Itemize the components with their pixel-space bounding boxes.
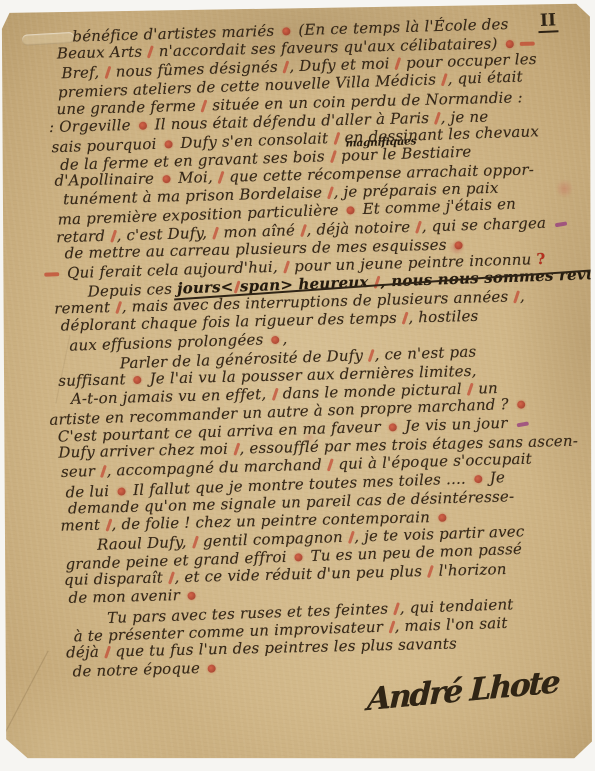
- red-slash-mark: [333, 132, 339, 145]
- red-slash-mark: [104, 66, 110, 79]
- red-dot-mark: [162, 175, 170, 183]
- red-slash-mark: [147, 45, 154, 58]
- red-slash-mark: [234, 280, 240, 293]
- manuscript-paper: II bénéfice d'artistes mariés (En ce tem…: [0, 1, 595, 763]
- red-dot-mark: [505, 40, 513, 48]
- red-dot-mark: [295, 553, 303, 561]
- red-slash-mark: [388, 620, 394, 633]
- red-slash-mark: [218, 171, 225, 184]
- red-dot-mark: [134, 376, 142, 384]
- manuscript-text: bénéfice d'artistes mariés (En ce temps …: [46, 13, 585, 681]
- red-slash-mark: [283, 61, 289, 74]
- red-slash-mark: [513, 290, 519, 303]
- manuscript-line-text: de notre époque: [72, 658, 219, 680]
- red-dot-mark: [389, 423, 397, 431]
- red-slash-mark: [115, 301, 121, 314]
- red-dash-mark: [44, 272, 59, 276]
- interlinear-insertion: magnifiques: [345, 136, 416, 149]
- red-dot-mark: [438, 514, 446, 522]
- red-slash-mark: [201, 99, 207, 112]
- red-slash-mark: [434, 111, 441, 124]
- red-dot-mark: [282, 27, 290, 35]
- red-dash-mark: [519, 42, 534, 46]
- red-slash-mark: [105, 518, 112, 531]
- red-slash-mark: [300, 223, 306, 236]
- red-dot-mark: [517, 400, 525, 408]
- red-dot-mark: [347, 207, 355, 215]
- red-slash-mark: [104, 645, 111, 658]
- red-slash-mark: [212, 226, 218, 239]
- red-slash-mark: [192, 536, 198, 549]
- red-slash-mark: [283, 260, 289, 273]
- red-question-mark: ?: [536, 250, 546, 268]
- red-slash-mark: [395, 57, 401, 70]
- red-slash-mark: [402, 312, 409, 325]
- signature: André Lhote: [366, 667, 559, 716]
- red-dot-mark: [455, 241, 463, 249]
- red-slash-mark: [327, 459, 333, 472]
- red-slash-mark: [110, 229, 116, 242]
- red-slash-mark: [100, 465, 106, 478]
- red-slash-mark: [271, 387, 278, 400]
- red-dot-mark: [117, 487, 125, 495]
- red-slash-mark: [327, 186, 333, 199]
- red-dot-mark: [164, 140, 172, 148]
- purple-mark: [555, 220, 567, 225]
- red-dot-mark: [271, 336, 279, 344]
- manuscript-line-text: de mon avenir: [68, 586, 199, 607]
- red-dot-mark: [474, 474, 482, 482]
- red-slash-mark: [441, 73, 447, 86]
- red-slash-mark: [348, 531, 354, 544]
- red-dot-mark: [139, 121, 147, 129]
- red-slash-mark: [467, 382, 474, 395]
- red-dot-mark: [188, 592, 196, 600]
- red-slash-mark: [393, 602, 399, 615]
- red-slash-mark: [368, 348, 374, 361]
- paper-crease: [0, 650, 49, 748]
- red-slash-mark: [415, 220, 421, 233]
- red-dot-mark: [208, 664, 216, 672]
- red-slash-mark: [233, 443, 240, 456]
- red-slash-mark: [330, 150, 336, 163]
- purple-mark: [516, 421, 528, 426]
- red-slash-mark: [168, 571, 175, 584]
- red-slash-mark: [427, 565, 434, 578]
- scan-background: II bénéfice d'artistes mariés (En ce tem…: [0, 0, 595, 771]
- red-slash-mark: [374, 276, 380, 289]
